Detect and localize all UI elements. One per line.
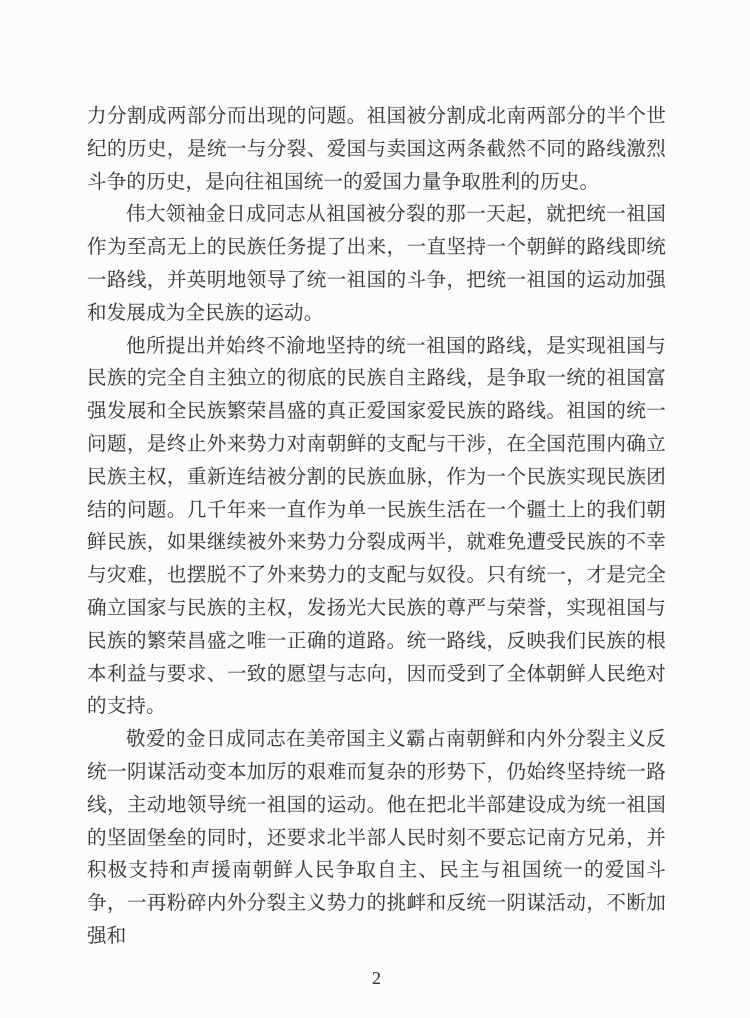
paragraph: 他所提出并始终不渝地坚持的统一祖国的路线，是实现祖国与民族的完全自主独立的彻底的… bbox=[87, 331, 666, 725]
paragraph: 敬爱的金日成同志在美帝国主义霸占南朝鲜和内外分裂主义反统一阴谋活动变本加厉的艰难… bbox=[87, 724, 666, 954]
document-page: 力分割成两部分而出现的问题。祖国被分割成北南两部分的半个世纪的历史，是统一与分裂… bbox=[0, 0, 750, 1018]
page-number: 2 bbox=[87, 968, 666, 989]
body-text: 力分割成两部分而出现的问题。祖国被分割成北南两部分的半个世纪的历史，是统一与分裂… bbox=[87, 101, 666, 954]
paragraph: 力分割成两部分而出现的问题。祖国被分割成北南两部分的半个世纪的历史，是统一与分裂… bbox=[87, 101, 666, 199]
paragraph: 伟大领袖金日成同志从祖国被分裂的那一天起，就把统一祖国作为至高无上的民族任务提了… bbox=[87, 199, 666, 330]
